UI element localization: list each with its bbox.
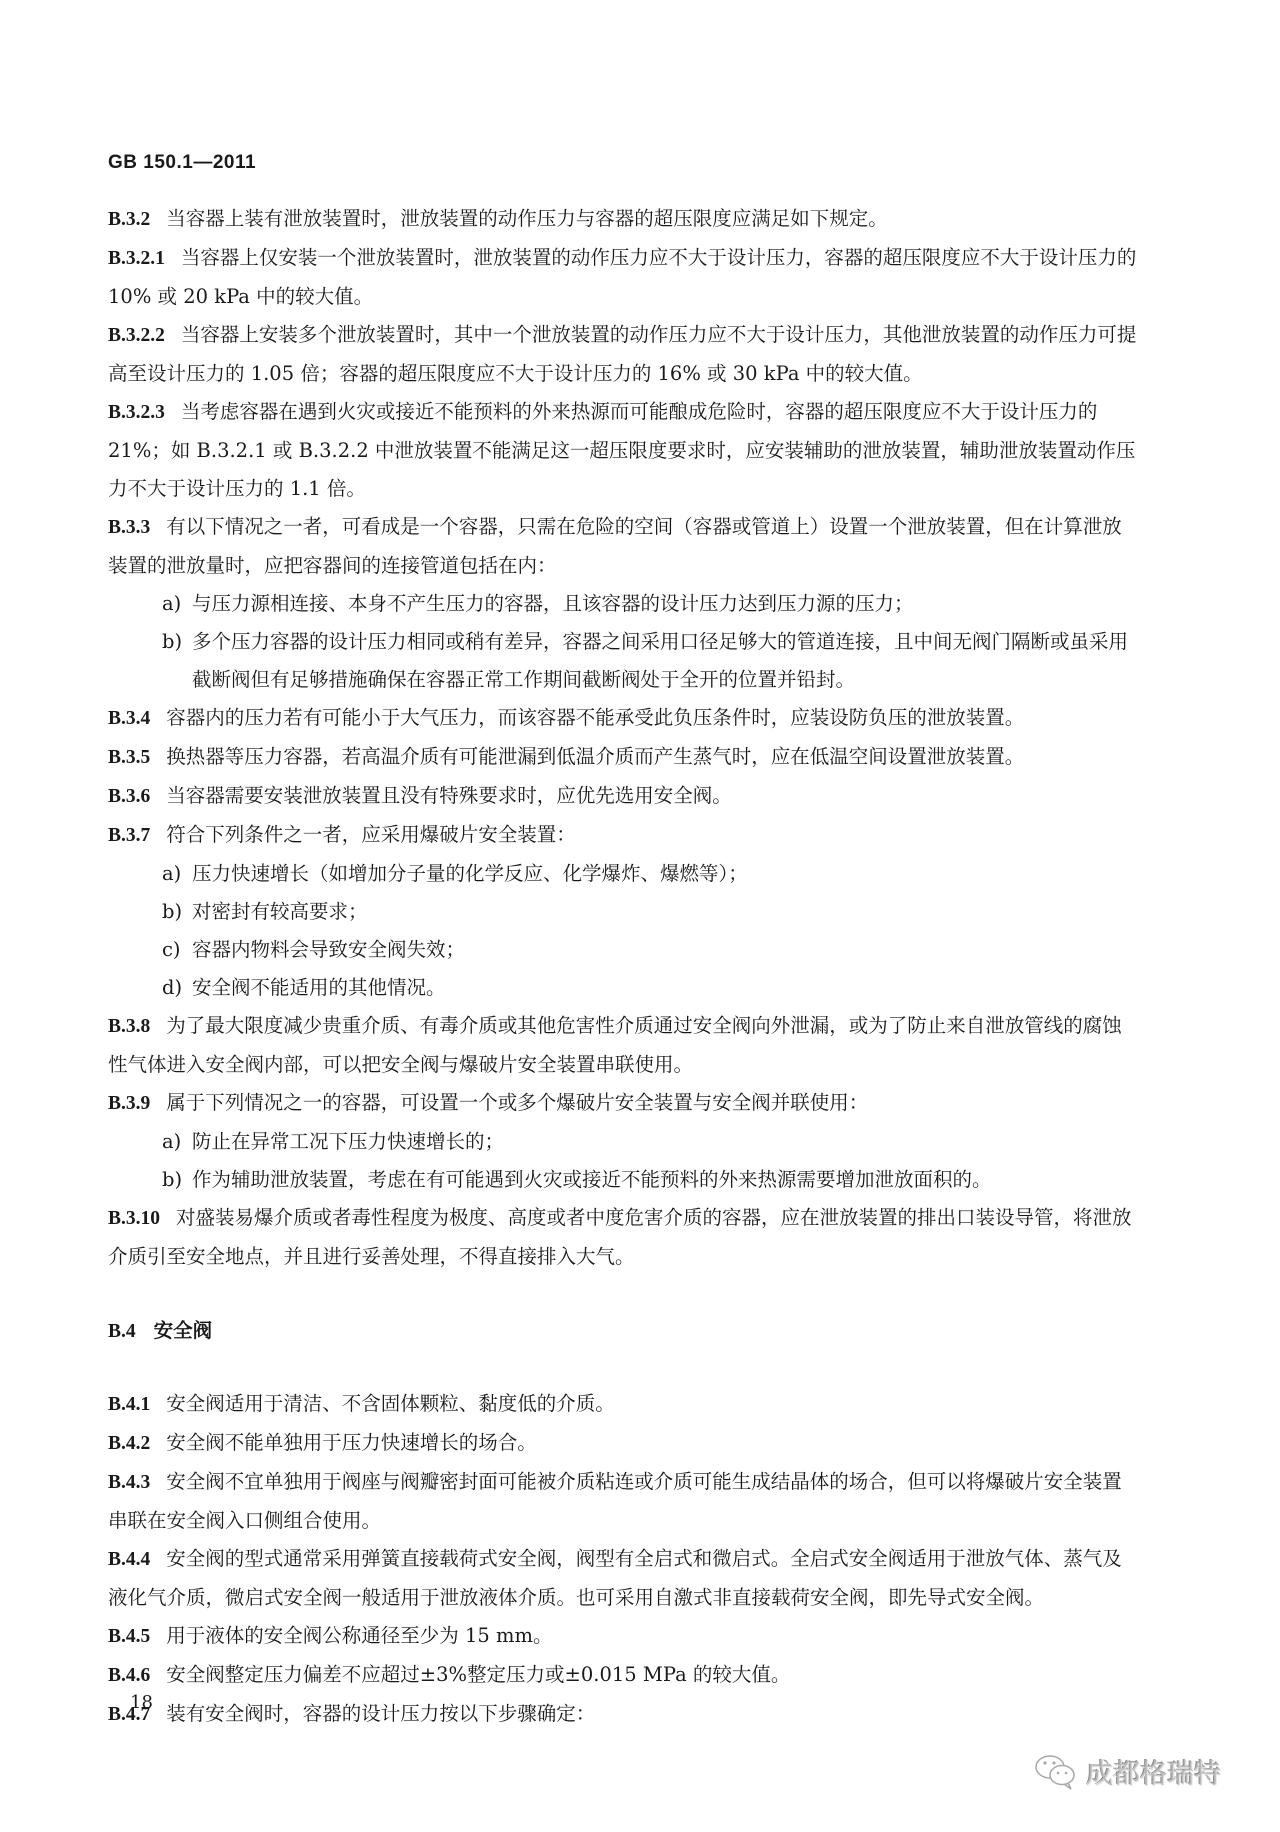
list-item: b)对密封有较高要求； — [138, 893, 1138, 931]
clause-number: B.3.3 — [108, 517, 150, 538]
list-item: a)与压力源相连接、本身不产生压力的容器，且该容器的设计压力达到压力源的压力； — [138, 585, 1138, 623]
clause-number: B.4.2 — [108, 1433, 150, 1454]
list-item: d)安全阀不能适用的其他情况。 — [138, 969, 1138, 1007]
clause-number: B.3.9 — [108, 1093, 150, 1114]
page-number: 18 — [130, 1692, 153, 1713]
list-item-text: 多个压力容器的设计压力相同或稍有差异，容器之间采用口径足够大的管道连接，且中间无… — [192, 630, 1128, 691]
list-item-text: 容器内物料会导致安全阀失效； — [192, 938, 465, 961]
clause-text: 当容器需要安装泄放装置且没有特殊要求时，应优先选用安全阀。 — [166, 784, 732, 807]
wechat-icon — [1034, 1753, 1078, 1791]
list-marker: d) — [162, 969, 192, 1007]
list-item: b)作为辅助泄放装置，考虑在有可能遇到火灾或接近不能预料的外来热源需要增加泄放面… — [138, 1161, 1138, 1199]
clause-text: 换热器等压力容器，若高温介质有可能泄漏到低温介质而产生蒸气时，应在低温空间设置泄… — [166, 745, 1024, 768]
clause-b-4-6: B.4.6安全阀整定压力偏差不应超过±3%整定压力或±0.015 MPa 的较大… — [108, 1656, 1138, 1695]
clause-number: B.4.1 — [108, 1394, 150, 1415]
watermark: 成都格瑞特 — [1034, 1752, 1221, 1791]
clause-text: 装有安全阀时，容器的设计压力按以下步骤确定： — [166, 1702, 595, 1725]
list-item-text: 防止在异常工况下压力快速增长的； — [192, 1130, 504, 1153]
list-item-text: 作为辅助泄放装置，考虑在有可能遇到火灾或接近不能预料的外来热源需要增加泄放面积的… — [192, 1168, 992, 1191]
clause-b-3-5: B.3.5换热器等压力容器，若高温介质有可能泄漏到低温介质而产生蒸气时，应在低温… — [108, 738, 1138, 777]
clause-number: B.3.7 — [108, 825, 150, 846]
clause-b-3-2-2: B.3.2.2当容器上安装多个泄放装置时，其中一个泄放装置的动作压力应不大于设计… — [108, 316, 1138, 393]
list-marker: b) — [162, 893, 192, 931]
clause-b-3-10: B.3.10对盛装易爆介质或者毒性程度为极度、高度或者中度危害介质的容器，应在泄… — [108, 1199, 1138, 1276]
standard-header: GB 150.1—2011 — [108, 152, 256, 174]
section-number: B.4 — [108, 1321, 136, 1342]
clause-text: 当容器上安装多个泄放装置时，其中一个泄放装置的动作压力应不大于设计压力，其他泄放… — [108, 323, 1136, 385]
list-item: a)防止在异常工况下压力快速增长的； — [138, 1123, 1138, 1161]
clause-b-3-4: B.3.4容器内的压力若有可能小于大气压力，而该容器不能承受此负压条件时，应装设… — [108, 699, 1138, 738]
list-item-text: 安全阀不能适用的其他情况。 — [192, 976, 446, 999]
clause-text: 为了最大限度减少贵重介质、有毒介质或其他危害性介质通过安全阀向外泄漏，或为了防止… — [108, 1014, 1122, 1076]
clause-number: B.3.8 — [108, 1016, 150, 1037]
section-title-text: 安全阀 — [154, 1320, 213, 1342]
clause-text: 用于液体的安全阀公称通径至少为 15 mm。 — [166, 1624, 552, 1647]
watermark-text: 成都格瑞特 — [1086, 1752, 1221, 1791]
list-marker: b) — [162, 1161, 192, 1199]
clause-text: 有以下情况之一者，可看成是一个容器，只需在危险的空间（容器或管道上）设置一个泄放… — [108, 515, 1122, 577]
clause-text: 当考虑容器在遇到火灾或接近不能预料的外来热源而可能酿成危险时，容器的超压限度应不… — [108, 400, 1135, 500]
list-marker: a) — [162, 1123, 192, 1161]
clause-number: B.3.2.1 — [108, 248, 165, 269]
clause-b-4-5: B.4.5用于液体的安全阀公称通径至少为 15 mm。 — [108, 1617, 1138, 1656]
list-marker: a) — [162, 855, 192, 893]
clause-b-3-2-3: B.3.2.3当考虑容器在遇到火灾或接近不能预料的外来热源而可能酿成危险时，容器… — [108, 393, 1138, 508]
clause-text: 安全阀的型式通常采用弹簧直接载荷式安全阀，阀型有全启式和微启式。全启式安全阀适用… — [108, 1547, 1122, 1609]
clause-number: B.3.4 — [108, 708, 150, 729]
clause-b-4-3: B.4.3安全阀不宜单独用于阀座与阀瓣密封面可能被介质粘连或介质可能生成结晶体的… — [108, 1463, 1138, 1540]
clause-text: 安全阀适用于清洁、不含固体颗粒、黏度低的介质。 — [166, 1392, 615, 1415]
clause-number: B.4.3 — [108, 1472, 150, 1493]
clause-text: 当容器上装有泄放装置时，泄放装置的动作压力与容器的超压限度应满足如下规定。 — [166, 207, 888, 230]
section-title: B.4安全阀 — [108, 1312, 1138, 1351]
clause-text: 安全阀不宜单独用于阀座与阀瓣密封面可能被介质粘连或介质可能生成结晶体的场合，但可… — [108, 1470, 1122, 1532]
clause-number: B.3.5 — [108, 747, 150, 768]
clause-b-4-7: B.4.7装有安全阀时，容器的设计压力按以下步骤确定： — [108, 1695, 1138, 1734]
clause-number: B.3.2.2 — [108, 325, 165, 346]
clause-text: 安全阀不能单独用于压力快速增长的场合。 — [166, 1431, 537, 1454]
list-item-text: 对密封有较高要求； — [192, 900, 368, 923]
list-marker: a) — [162, 585, 192, 623]
clause-b-4-4: B.4.4安全阀的型式通常采用弹簧直接载荷式安全阀，阀型有全启式和微启式。全启式… — [108, 1540, 1138, 1617]
list-item: c)容器内物料会导致安全阀失效； — [138, 931, 1138, 969]
clause-text: 当容器上仅安装一个泄放装置时，泄放装置的动作压力应不大于设计压力，容器的超压限度… — [108, 246, 1136, 308]
list-marker: b) — [162, 623, 192, 661]
clause-b-3-6: B.3.6当容器需要安装泄放装置且没有特殊要求时，应优先选用安全阀。 — [108, 777, 1138, 816]
clause-b-3-3: B.3.3有以下情况之一者，可看成是一个容器，只需在危险的空间（容器或管道上）设… — [108, 508, 1138, 585]
clause-text: 符合下列条件之一者，应采用爆破片安全装置： — [166, 823, 576, 846]
list-marker: c) — [162, 931, 192, 969]
clause-number: B.3.10 — [108, 1208, 160, 1229]
clause-number: B.4.6 — [108, 1665, 150, 1686]
clause-b-3-2-1: B.3.2.1当容器上仅安装一个泄放装置时，泄放装置的动作压力应不大于设计压力，… — [108, 239, 1138, 316]
clause-b-3-2: B.3.2当容器上装有泄放装置时，泄放装置的动作压力与容器的超压限度应满足如下规… — [108, 200, 1138, 239]
list-item: a)压力快速增长（如增加分子量的化学反应、化学爆炸、爆燃等）； — [138, 855, 1138, 893]
clause-text: 容器内的压力若有可能小于大气压力，而该容器不能承受此负压条件时，应装设防负压的泄… — [166, 706, 1024, 729]
clause-text: 安全阀整定压力偏差不应超过±3%整定压力或±0.015 MPa 的较大值。 — [166, 1663, 790, 1686]
clause-number: B.3.6 — [108, 786, 150, 807]
clause-b-3-7: B.3.7符合下列条件之一者，应采用爆破片安全装置： — [108, 816, 1138, 855]
clause-number: B.4.5 — [108, 1626, 150, 1647]
list-item-text: 压力快速增长（如增加分子量的化学反应、化学爆炸、爆燃等）； — [192, 862, 748, 885]
clause-b-4-2: B.4.2安全阀不能单独用于压力快速增长的场合。 — [108, 1424, 1138, 1463]
clause-number: B.3.2.3 — [108, 402, 165, 423]
clause-b-3-9: B.3.9属于下列情况之一的容器，可设置一个或多个爆破片安全装置与安全阀并联使用… — [108, 1084, 1138, 1123]
clause-b-4-1: B.4.1安全阀适用于清洁、不含固体颗粒、黏度低的介质。 — [108, 1385, 1138, 1424]
clause-text: 对盛装易爆介质或者毒性程度为极度、高度或者中度危害介质的容器，应在泄放装置的排出… — [108, 1206, 1132, 1268]
clause-number: B.3.2 — [108, 209, 150, 230]
list-item-text: 与压力源相连接、本身不产生压力的容器，且该容器的设计压力达到压力源的压力； — [192, 592, 914, 615]
document-body: B.3.2当容器上装有泄放装置时，泄放装置的动作压力与容器的超压限度应满足如下规… — [108, 200, 1138, 1734]
clause-number: B.4.4 — [108, 1549, 150, 1570]
clause-text: 属于下列情况之一的容器，可设置一个或多个爆破片安全装置与安全阀并联使用： — [166, 1091, 868, 1114]
clause-b-3-8: B.3.8为了最大限度减少贵重介质、有毒介质或其他危害性介质通过安全阀向外泄漏，… — [108, 1007, 1138, 1084]
list-item: b)多个压力容器的设计压力相同或稍有差异，容器之间采用口径足够大的管道连接，且中… — [138, 623, 1138, 699]
